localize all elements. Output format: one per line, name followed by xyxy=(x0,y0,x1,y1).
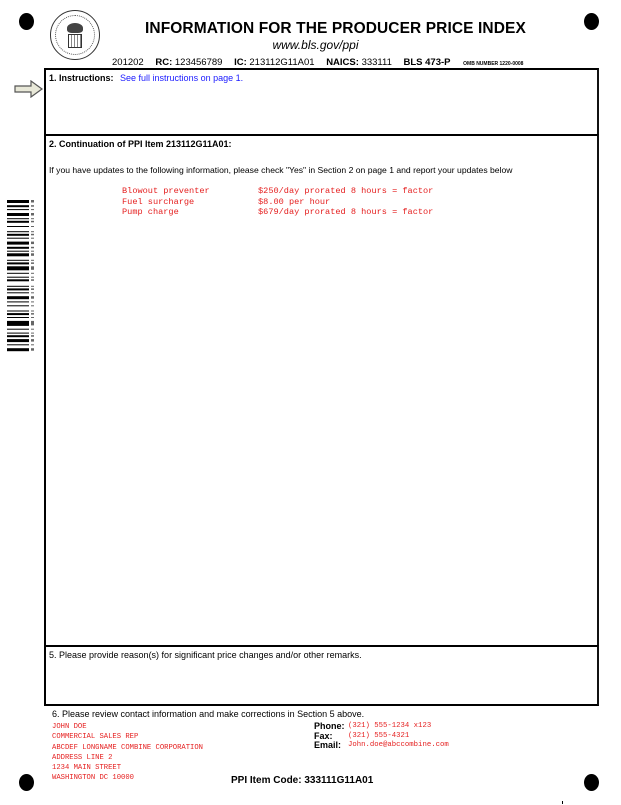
naics-value: 333111 xyxy=(362,57,392,68)
form-id-line: 201202 RC: 123456789 IC: 213112G11A01 NA… xyxy=(112,57,532,68)
ppi-item-code: PPI Item Code: 333111G11A01 xyxy=(231,775,373,786)
registration-mark-bottom-left xyxy=(19,774,34,791)
item-list: Blowout preventer $250/day prorated 8 ho… xyxy=(122,186,433,218)
section-remarks[interactable]: 5. Please provide reason(s) for signific… xyxy=(44,645,599,706)
registration-mark-top-right xyxy=(584,13,599,30)
phone-value: (321) 555-1234 x123 xyxy=(348,722,431,732)
rc-label: RC: xyxy=(155,57,172,68)
instructions-link[interactable]: See full instructions on page 1. xyxy=(120,73,243,83)
section-2-heading: 2. Continuation of PPI Item 213112G11A01… xyxy=(49,139,232,149)
list-item: Blowout preventer $250/day prorated 8 ho… xyxy=(122,186,433,197)
scan-mark xyxy=(562,801,563,804)
email-label: Email: xyxy=(314,741,348,751)
form-title: INFORMATION FOR THE PRODUCER PRICE INDEX xyxy=(145,20,526,38)
contact-address: JOHN DOE COMMERCIAL SALES REP ABCDEF LON… xyxy=(52,722,203,784)
section-6-heading: 6. Please review contact information and… xyxy=(52,709,364,719)
section-continuation[interactable]: 2. Continuation of PPI Item 213112G11A01… xyxy=(44,134,599,647)
ic-label: IC: xyxy=(234,57,247,68)
email-value: John.doe@abccombine.com xyxy=(348,741,449,751)
omb-number: OMB NUMBER 1220-0008 xyxy=(463,61,523,67)
section-1-heading: 1. Instructions: xyxy=(49,73,114,83)
list-item: Fuel surcharge $8.00 per hour xyxy=(122,197,433,208)
period: 201202 xyxy=(112,57,144,68)
ic-value: 213112G11A01 xyxy=(249,57,314,68)
department-of-labor-seal-icon xyxy=(50,10,100,60)
section-instructions: 1. Instructions: See full instructions o… xyxy=(44,68,599,136)
naics-label: NAICS: xyxy=(326,57,359,68)
form-id: BLS 473-P xyxy=(404,57,451,68)
section-5-heading: 5. Please provide reason(s) for signific… xyxy=(49,650,362,660)
registration-mark-top-left xyxy=(19,13,34,30)
contact-info: Phone:(321) 555-1234 x123 Fax:(321) 555-… xyxy=(314,722,449,751)
registration-mark-bottom-right xyxy=(584,774,599,791)
form-url: www.bls.gov/ppi xyxy=(0,38,621,52)
rc-value: 123456789 xyxy=(175,57,223,68)
barcode-icon xyxy=(7,200,37,390)
arrow-right-icon xyxy=(14,80,44,98)
section-2-subtext: If you have updates to the following inf… xyxy=(49,165,512,175)
list-item: Pump charge $679/day prorated 8 hours = … xyxy=(122,207,433,218)
fax-value: (321) 555-4321 xyxy=(348,732,409,742)
